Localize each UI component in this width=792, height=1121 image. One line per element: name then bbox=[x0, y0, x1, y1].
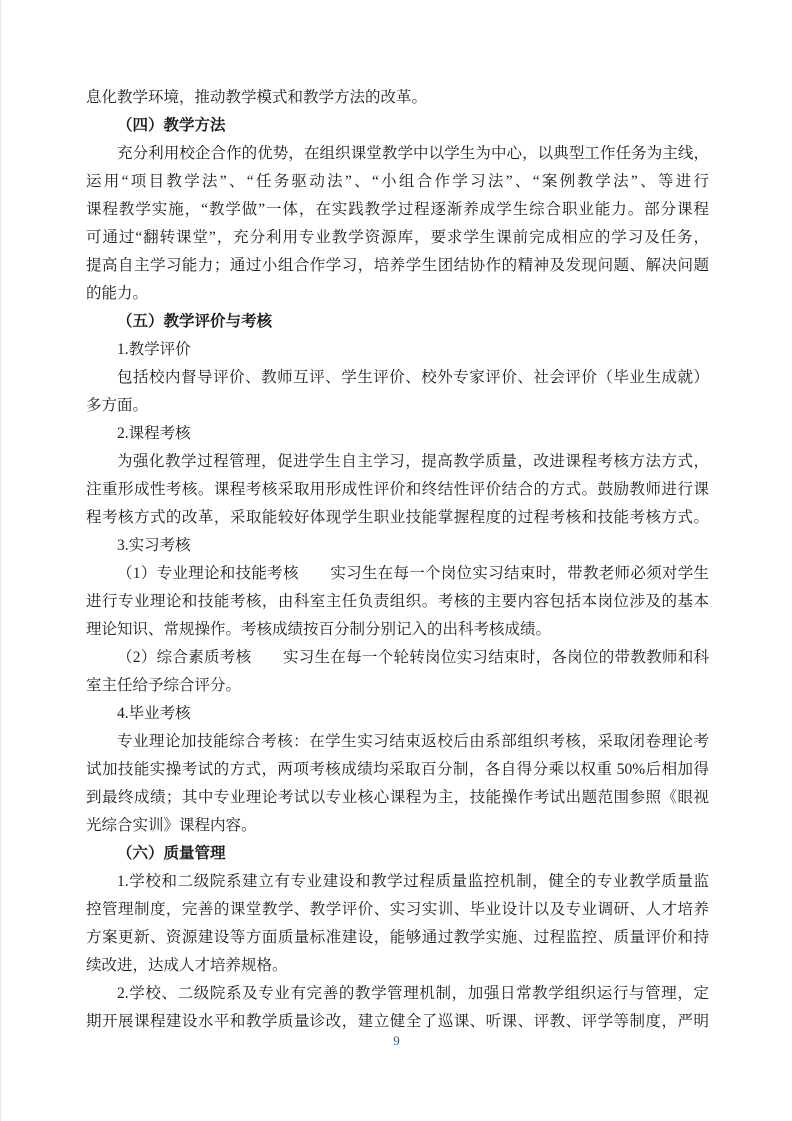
text-line: 2.课程考核 bbox=[86, 420, 709, 448]
text-line: 1.教学评价 bbox=[86, 336, 709, 364]
text-line: 试加技能实操考试的方式，两项考核成绩均采取百分制，各自得分乘以权重 50%后相加… bbox=[86, 756, 709, 784]
text-line: 到最终成绩；其中专业理论考试以专业核心课程为主，技能操作考试出题范围参照《眼视 bbox=[86, 784, 709, 812]
text-line: 的能力。 bbox=[86, 280, 709, 308]
text-line: 4.毕业考核 bbox=[86, 700, 709, 728]
text-line: （1）专业理论和技能考核 实习生在每一个岗位实习结束时，带教老师必须对学生 bbox=[86, 560, 709, 588]
text-line: 控管理制度，完善的课堂教学、教学评价、实习实训、毕业设计以及专业调研、人才培养 bbox=[86, 896, 709, 924]
page-number: 9 bbox=[1, 1031, 792, 1051]
document-body: 息化教学环境，推动教学模式和教学方法的改革。（四）教学方法充分利用校企合作的优势… bbox=[86, 84, 709, 1036]
text-line: 续改进，达成人才培养规格。 bbox=[86, 952, 709, 980]
section-heading: （六）质量管理 bbox=[86, 840, 709, 868]
text-line: 课程教学实施，“教学做”一体，在实践教学过程逐渐养成学生综合职业能力。部分课程 bbox=[86, 196, 709, 224]
text-line: 多方面。 bbox=[86, 392, 709, 420]
text-line: 提高自主学习能力；通过小组合作学习，培养学生团结协作的精神及发现问题、解决问题 bbox=[86, 252, 709, 280]
section-heading: （五）教学评价与考核 bbox=[86, 308, 709, 336]
text-line: 1.学校和二级院系建立有专业建设和教学过程质量监控机制，健全的专业教学质量监 bbox=[86, 868, 709, 896]
document-page: 息化教学环境，推动教学模式和教学方法的改革。（四）教学方法充分利用校企合作的优势… bbox=[0, 0, 792, 1121]
text-line: 程考核方式的改革，采取能较好体现学生职业技能掌握程度的过程考核和技能考核方式。 bbox=[86, 504, 709, 532]
text-line: 专业理论加技能综合考核：在学生实习结束返校后由系部组织考核，采取闭卷理论考 bbox=[86, 728, 709, 756]
text-line: 3.实习考核 bbox=[86, 532, 709, 560]
text-line: 注重形成性考核。课程考核采取用形成性评价和终结性评价结合的方式。鼓励教师进行课 bbox=[86, 476, 709, 504]
text-line: 充分利用校企合作的优势，在组织课堂教学中以学生为中心，以典型工作任务为主线， bbox=[86, 140, 709, 168]
text-line: 室主任给予综合评分。 bbox=[86, 672, 709, 700]
text-line: 包括校内督导评价、教师互评、学生评价、校外专家评价、社会评价（毕业生成就） bbox=[86, 364, 709, 392]
text-line: 2.学校、二级院系及专业有完善的教学管理机制，加强日常教学组织运行与管理，定 bbox=[86, 980, 709, 1008]
text-line: 运用“项目教学法”、“任务驱动法”、“小组合作学习法”、“案例教学法”、等进行 bbox=[86, 168, 709, 196]
text-line: 进行专业理论和技能考核，由科室主任负责组织。考核的主要内容包括本岗位涉及的基本 bbox=[86, 588, 709, 616]
text-line: 息化教学环境，推动教学模式和教学方法的改革。 bbox=[86, 84, 709, 112]
text-line: 方案更新、资源建设等方面质量标准建设，能够通过教学实施、过程监控、质量评价和持 bbox=[86, 924, 709, 952]
text-line: 理论知识、常规操作。考核成绩按百分制分别记入的出科考核成绩。 bbox=[86, 616, 709, 644]
text-line: 可通过“翻转课堂”，充分利用专业教学资源库，要求学生课前完成相应的学习及任务， bbox=[86, 224, 709, 252]
text-line: 光综合实训》课程内容。 bbox=[86, 812, 709, 840]
section-heading: （四）教学方法 bbox=[86, 112, 709, 140]
text-line: （2）综合素质考核 实习生在每一个轮转岗位实习结束时，各岗位的带教教师和科 bbox=[86, 644, 709, 672]
text-line: 为强化教学过程管理，促进学生自主学习，提高教学质量，改进课程考核方法方式， bbox=[86, 448, 709, 476]
